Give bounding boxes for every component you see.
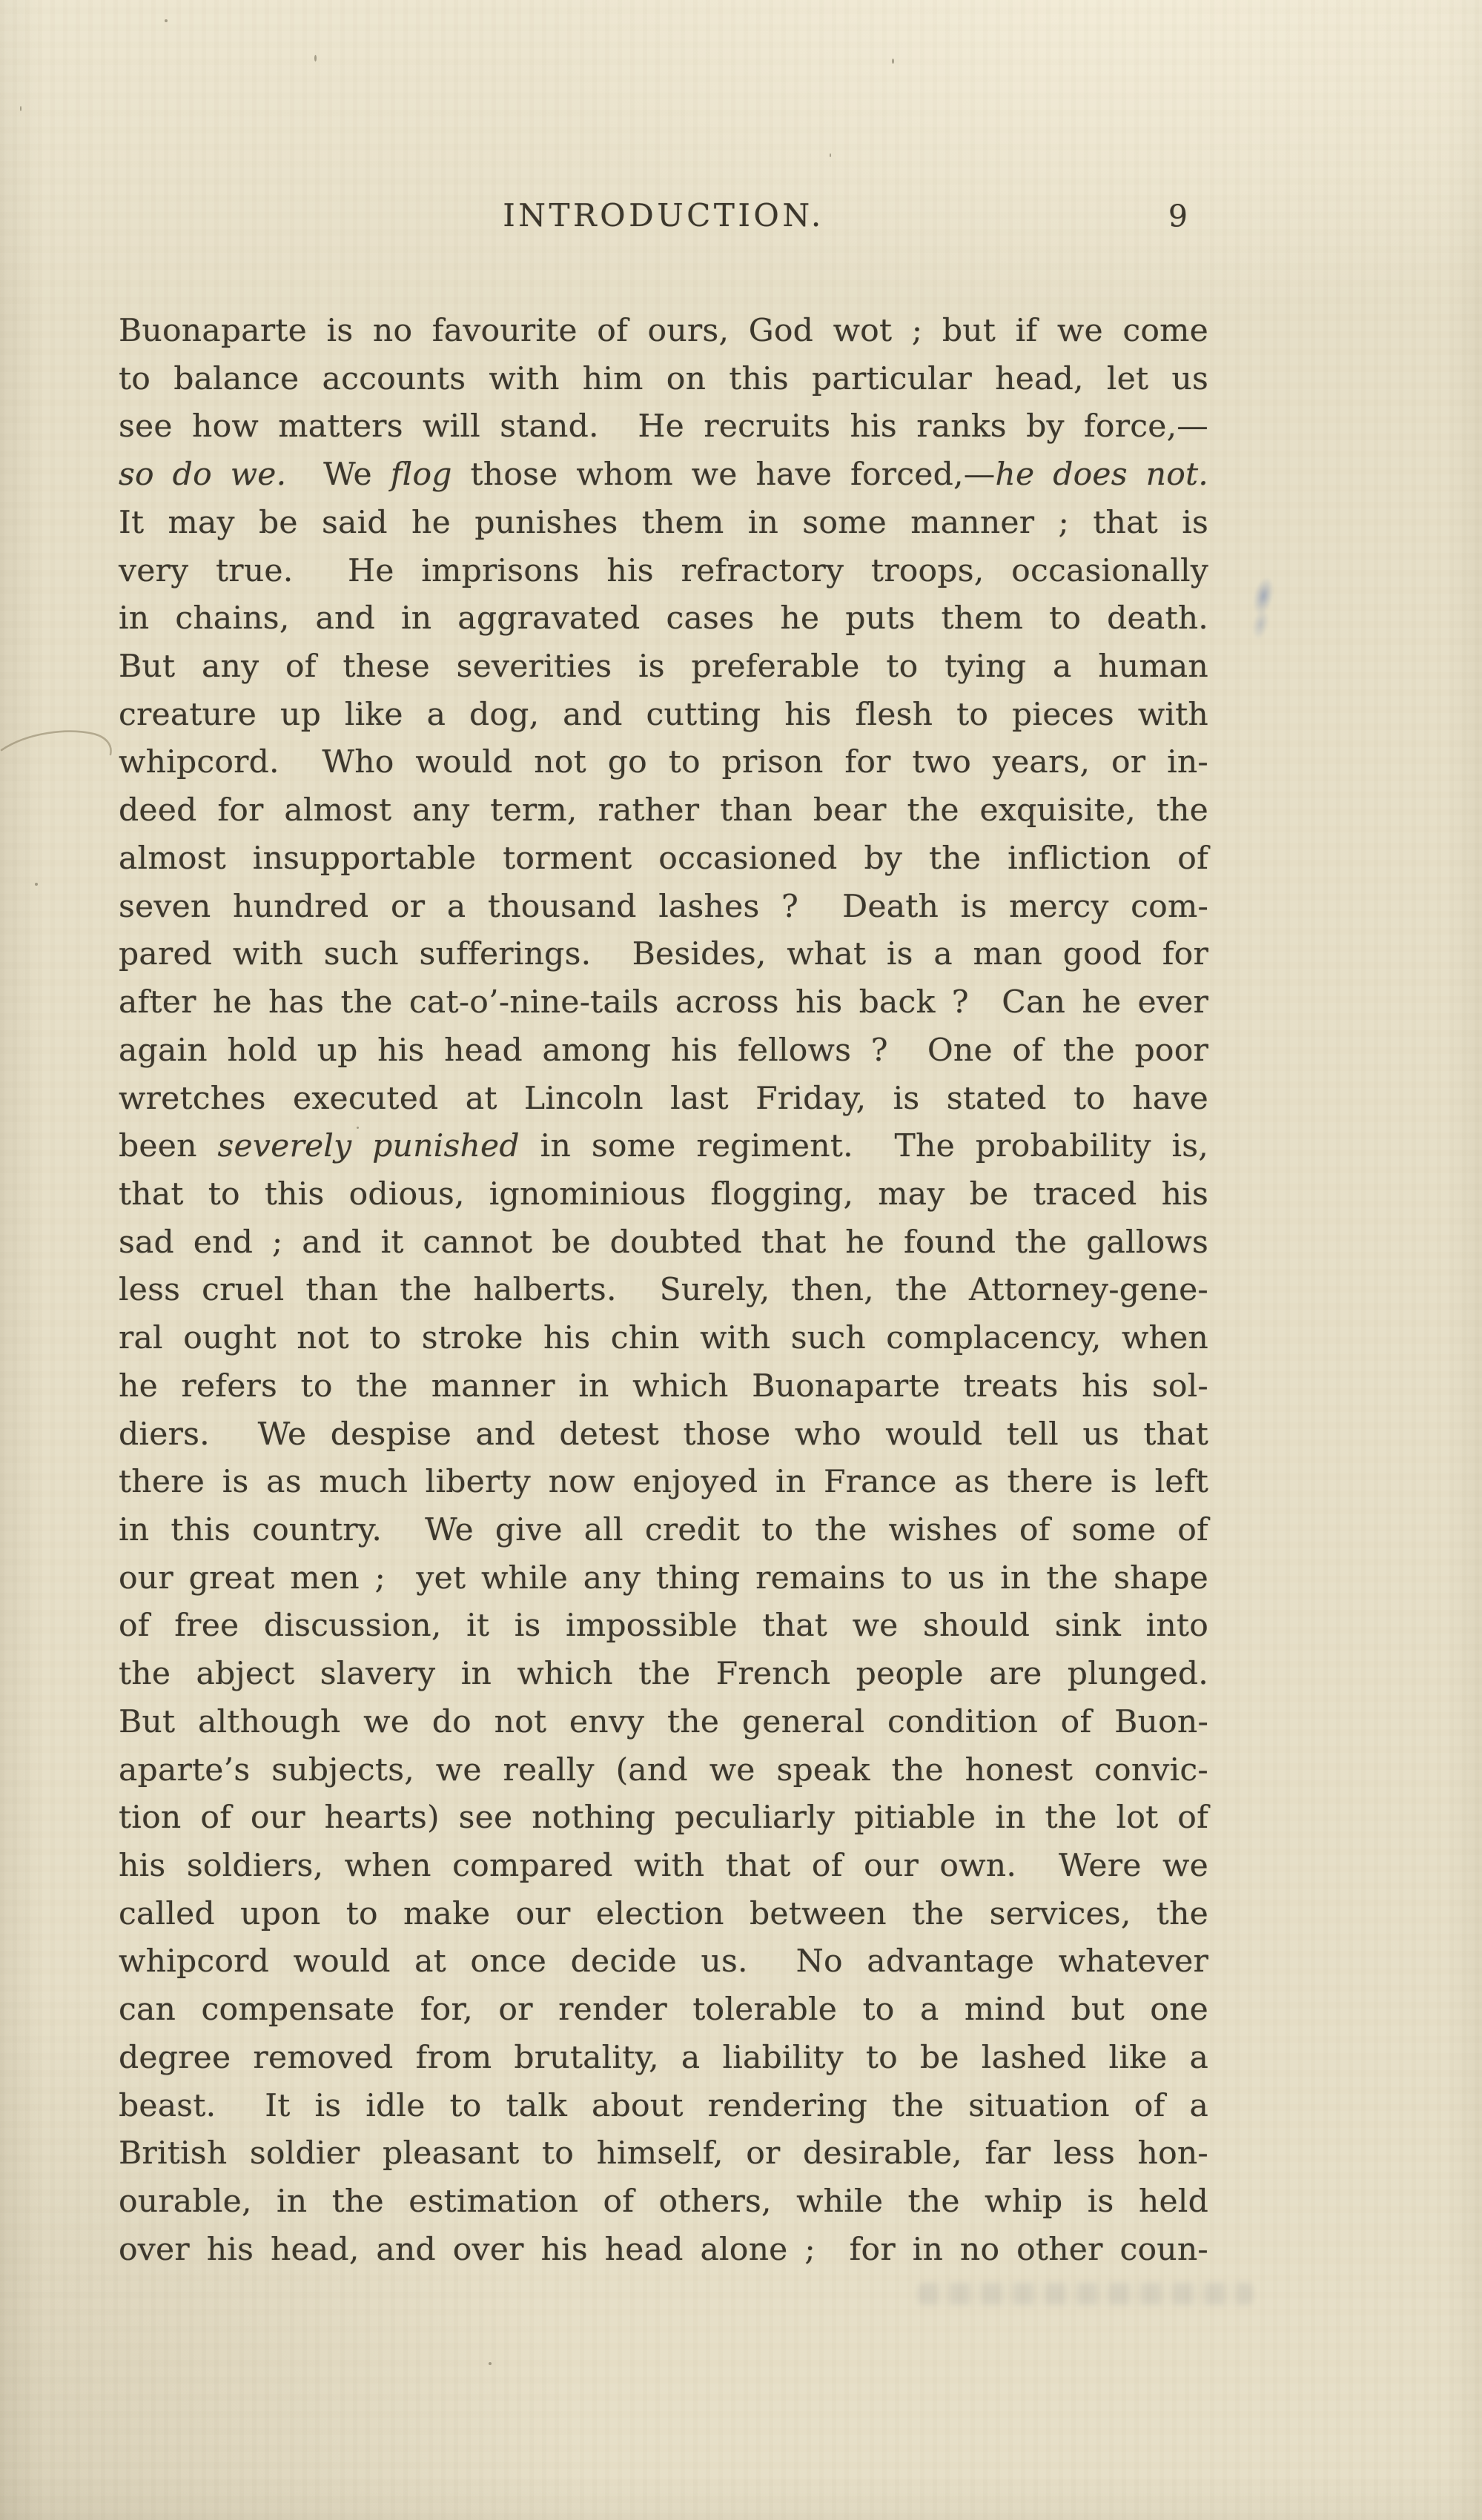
text-line: of free discussion, it is impossible tha…: [119, 1602, 1208, 1651]
italic-text-segment: he does not.: [995, 457, 1208, 493]
text-segment: those whom we have forced,—: [452, 457, 996, 493]
text-segment: in this country. We give all credit to t…: [119, 1512, 1208, 1548]
text-segment: diers. We despise and detest those who w…: [119, 1416, 1208, 1453]
text-segment: very true. He imprisons his refractory t…: [119, 553, 1208, 589]
paper-speck: [357, 1127, 359, 1129]
text-segment: he refers to the manner in which Buonapa…: [119, 1368, 1208, 1405]
text-segment: to balance accounts with him on this par…: [119, 361, 1208, 397]
text-line: whipcord. Who would not go to prison for…: [119, 739, 1208, 787]
paper-speck: [830, 153, 831, 157]
text-segment: see how matters will stand. He recruits …: [119, 408, 1208, 445]
text-segment: pared with such sufferings. Besides, wha…: [119, 936, 1208, 972]
text-segment: British soldier pleasant to himself, or …: [119, 2135, 1208, 2172]
page-number: 9: [1168, 199, 1188, 234]
text-line: in chains, and in aggravated cases he pu…: [119, 595, 1208, 643]
text-line: tion of our hearts) see nothing peculiar…: [119, 1794, 1208, 1843]
text-line: beast. It is idle to talk about renderin…: [119, 2083, 1208, 2131]
text-segment: can compensate for, or render tolerable …: [119, 1992, 1208, 2028]
text-segment: over his head, and over his head alone ;…: [119, 2232, 1208, 2268]
paper-speck: [314, 55, 317, 62]
text-line: pared with such sufferings. Besides, wha…: [119, 931, 1208, 979]
text-line: his soldiers, when compared with that of…: [119, 1843, 1208, 1891]
text-segment: again hold up his head among his fellows…: [119, 1032, 1208, 1069]
text-segment: wretches executed at Lincoln last Friday…: [119, 1081, 1208, 1117]
text-segment: But although we do not envy the general …: [119, 1704, 1208, 1740]
text-line: see how matters will stand. He recruits …: [119, 403, 1208, 451]
paper-speck: [165, 19, 168, 22]
text-line: can compensate for, or render tolerable …: [119, 1986, 1208, 2035]
text-line: wretches executed at Lincoln last Friday…: [119, 1075, 1208, 1124]
text-segment: that to this odious, ignominious floggin…: [119, 1176, 1208, 1213]
text-segment: tion of our hearts) see nothing peculiar…: [119, 1800, 1208, 1836]
text-segment: our great men ; yet while any thing rema…: [119, 1560, 1208, 1596]
text-line: there is as much liberty now enjoyed in …: [119, 1459, 1208, 1507]
text-line: creature up like a dog, and cutting his …: [119, 692, 1208, 740]
text-segment: in some regiment. The probability is,: [520, 1128, 1208, 1164]
body-text: Buonaparte is no favourite of ours, God …: [119, 308, 1208, 2274]
text-line: after he has the cat-o’-nine-tails acros…: [119, 979, 1208, 1027]
text-segment: ral ought not to stroke his chin with su…: [119, 1320, 1208, 1356]
text-line: so do we. We flog those whom we have for…: [119, 451, 1208, 500]
italic-text-segment: flog: [391, 457, 452, 493]
paper-speck: [225, 345, 228, 347]
text-segment: the abject slavery in which the French p…: [119, 1656, 1208, 1692]
text-line: But any of these severities is preferabl…: [119, 643, 1208, 692]
text-segment: Buonaparte is no favourite of ours, God …: [119, 313, 1208, 349]
text-line: ourable, in the estimation of others, wh…: [119, 2178, 1208, 2226]
text-segment: seven hundred or a thousand lashes ? Dea…: [119, 889, 1208, 925]
text-line: again hold up his head among his fellows…: [119, 1027, 1208, 1075]
running-head: INTRODUCTION. 9: [119, 197, 1208, 239]
text-segment: there is as much liberty now enjoyed in …: [119, 1464, 1208, 1500]
text-segment: It may be said he punishes them in some …: [119, 505, 1208, 541]
text-segment: after he has the cat-o’-nine-tails acros…: [119, 984, 1208, 1021]
show-through-mark: [918, 2283, 1253, 2305]
text-line: deed for almost any term, rather than be…: [119, 787, 1208, 835]
text-line: British soldier pleasant to himself, or …: [119, 2130, 1208, 2178]
text-line: in this country. We give all credit to t…: [119, 1507, 1208, 1555]
text-line: to balance accounts with him on this par…: [119, 356, 1208, 404]
paper-speck: [489, 2362, 492, 2365]
text-line: over his head, and over his head alone ;…: [119, 2226, 1208, 2275]
text-line: It may be said he punishes them in some …: [119, 500, 1208, 548]
text-segment: We: [286, 457, 390, 493]
text-segment: his soldiers, when compared with that of…: [119, 1848, 1208, 1884]
text-line: ral ought not to stroke his chin with su…: [119, 1315, 1208, 1363]
text-line: aparte’s subjects, we really (and we spe…: [119, 1747, 1208, 1795]
text-line: diers. We despise and detest those who w…: [119, 1411, 1208, 1459]
text-segment: almost insupportable torment occasioned …: [119, 840, 1208, 877]
italic-text-segment: so do we.: [119, 457, 286, 493]
text-segment: of free discussion, it is impossible tha…: [119, 1608, 1208, 1644]
text-segment: in chains, and in aggravated cases he pu…: [119, 600, 1208, 637]
text-segment: But any of these severities is preferabl…: [119, 649, 1208, 685]
text-segment: less cruel than the halberts. Surely, th…: [119, 1272, 1208, 1308]
text-line: degree removed from brutality, a liabili…: [119, 2035, 1208, 2083]
text-segment: called upon to make our election between…: [119, 1896, 1208, 1932]
text-line: But although we do not envy the general …: [119, 1699, 1208, 1747]
text-line: our great men ; yet while any thing rema…: [119, 1555, 1208, 1603]
running-title: INTRODUCTION.: [119, 197, 1208, 233]
text-line: less cruel than the halberts. Surely, th…: [119, 1267, 1208, 1315]
text-line: called upon to make our election between…: [119, 1891, 1208, 1939]
text-line: sad end ; and it cannot be doubted that …: [119, 1219, 1208, 1267]
text-line: been severely punished in some regiment.…: [119, 1123, 1208, 1171]
text-line: Buonaparte is no favourite of ours, God …: [119, 308, 1208, 356]
paper-speck: [20, 106, 21, 111]
text-segment: whipcord would at once decide us. No adv…: [119, 1943, 1208, 1980]
text-line: that to this odious, ignominious floggin…: [119, 1171, 1208, 1219]
pencil-mark: [0, 720, 128, 768]
text-segment: whipcord. Who would not go to prison for…: [119, 744, 1208, 780]
text-line: whipcord would at once decide us. No adv…: [119, 1938, 1208, 1986]
text-segment: aparte’s subjects, we really (and we spe…: [119, 1752, 1208, 1788]
paper-speck: [892, 59, 894, 64]
text-segment: creature up like a dog, and cutting his …: [119, 697, 1208, 733]
text-segment: degree removed from brutality, a liabili…: [119, 2040, 1208, 2076]
text-segment: been: [119, 1128, 218, 1164]
text-segment: ourable, in the estimation of others, wh…: [119, 2184, 1208, 2220]
paper-speck: [35, 883, 38, 886]
italic-text-segment: severely punished: [218, 1128, 520, 1164]
text-line: almost insupportable torment occasioned …: [119, 835, 1208, 883]
book-page-scan: INTRODUCTION. 9 Buonaparte is no favouri…: [0, 0, 1482, 2520]
text-segment: sad end ; and it cannot be doubted that …: [119, 1224, 1208, 1261]
text-line: the abject slavery in which the French p…: [119, 1651, 1208, 1699]
text-line: seven hundred or a thousand lashes ? Dea…: [119, 883, 1208, 932]
ink-smudge: [1243, 575, 1280, 641]
text-segment: beast. It is idle to talk about renderin…: [119, 2088, 1208, 2124]
text-segment: deed for almost any term, rather than be…: [119, 792, 1208, 829]
text-line: very true. He imprisons his refractory t…: [119, 548, 1208, 596]
text-line: he refers to the manner in which Buonapa…: [119, 1363, 1208, 1411]
